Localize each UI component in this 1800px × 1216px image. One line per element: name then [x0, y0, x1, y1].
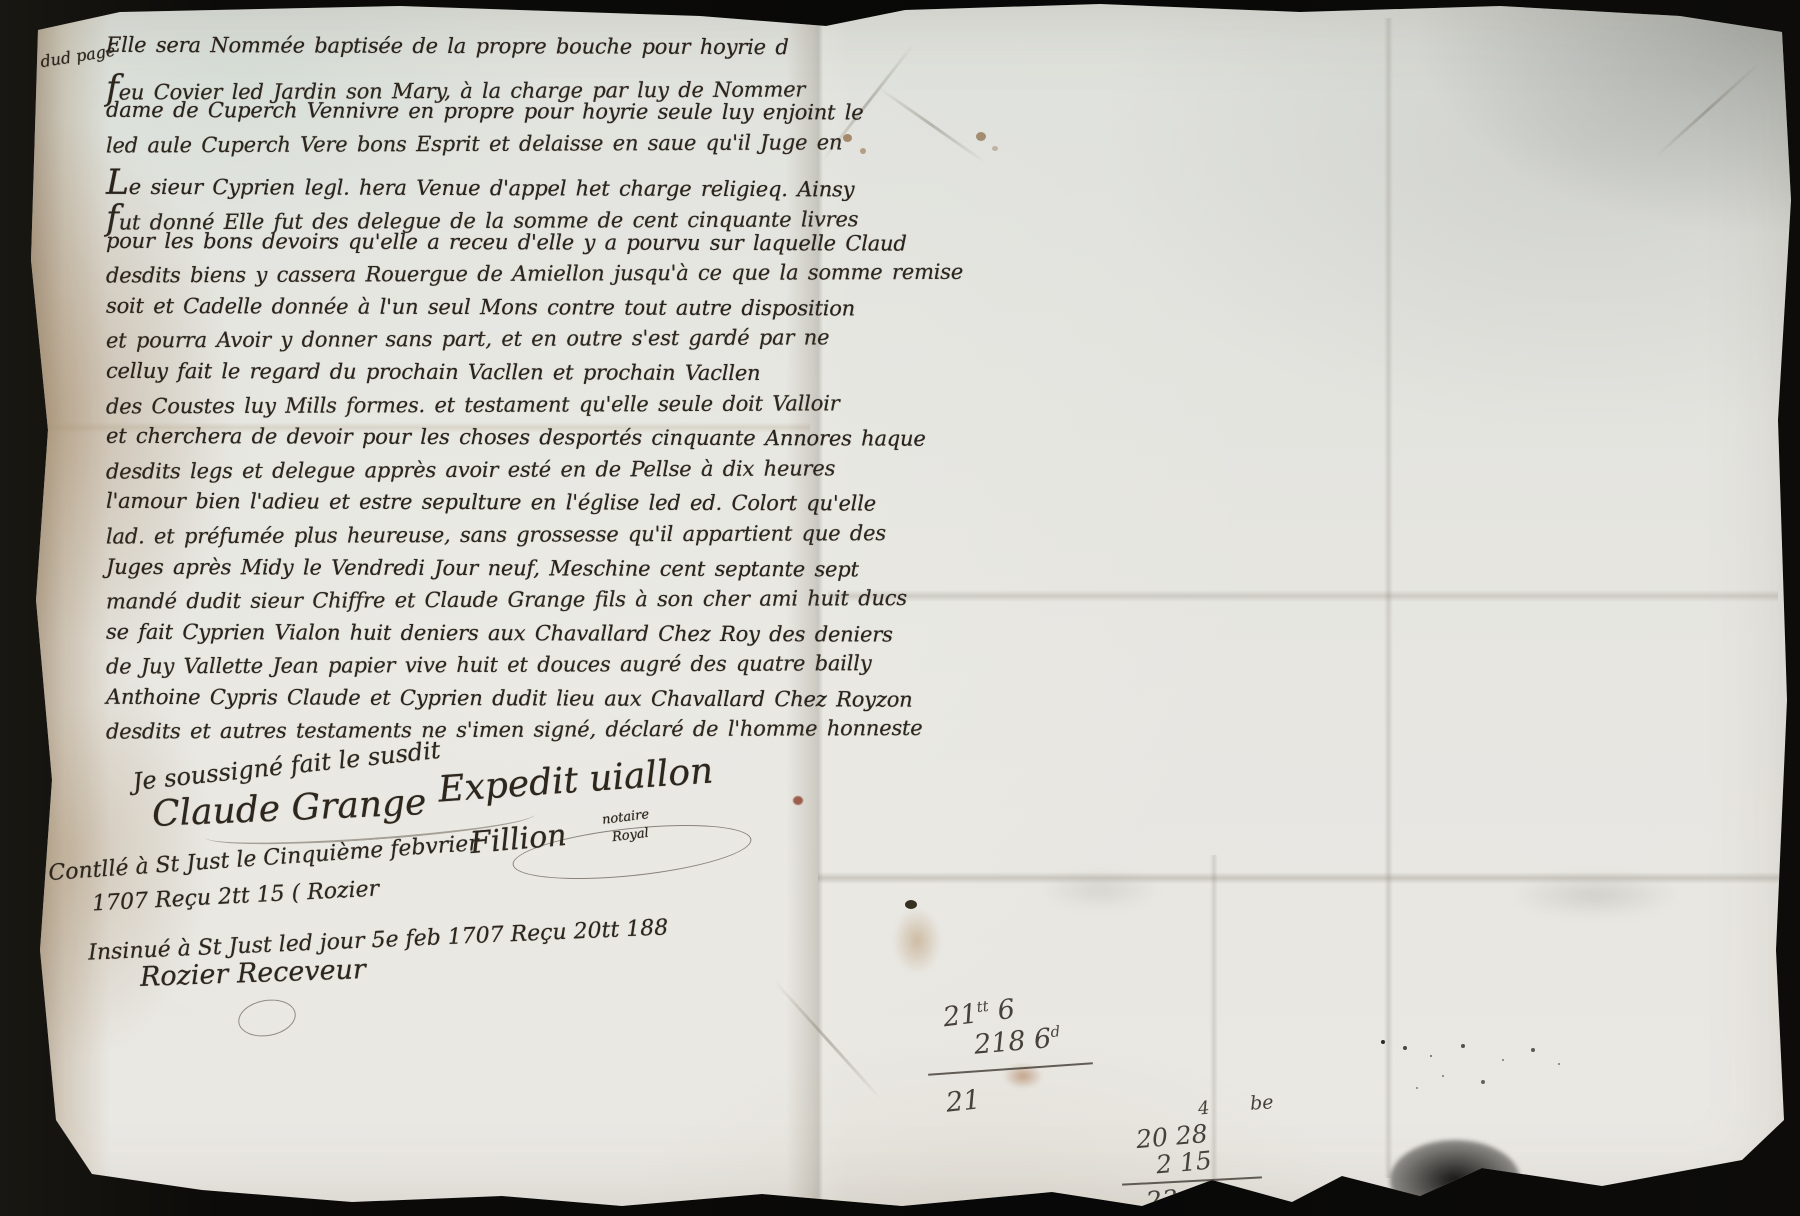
handwriting-line: Elle sera Nommée baptisée de la propre b…: [106, 33, 796, 68]
rust-spot: [843, 134, 852, 142]
handwriting-line: desdits et autres testaments ne s'imen s…: [106, 717, 796, 753]
signature-expedit-viallon: Expedit uiallon: [437, 750, 715, 810]
tally-value: 21: [941, 998, 979, 1033]
rust-spot: [860, 148, 866, 154]
manuscript-sheet: re dud pagé Elle sera Nommée baptisée de…: [0, 0, 1800, 1216]
notary-title: notaire: [601, 807, 650, 828]
horizontal-crease: [818, 872, 1780, 884]
water-stain-left-edge: [26, 14, 110, 1194]
handwriting-line: de Juy Vallette Jean papier vive huit et…: [106, 652, 796, 688]
red-ink-spot: [793, 796, 803, 805]
handwriting-line: celluy fait le regard du prochain Vaclle…: [106, 359, 796, 394]
wormhole: [905, 900, 917, 909]
signature-rozier-receveur: Rozier Receveur: [140, 954, 367, 993]
handwriting-line: l'amour bien l'adieu et estre sepulture …: [106, 489, 796, 524]
handwriting-line: et pourra Avoir y donner sans part, et e…: [106, 326, 796, 362]
handwritten-body: Elle sera Nommée baptisée de la propre b…: [106, 34, 796, 751]
handwriting-line: feu Covier led Jardin son Mary, à la cha…: [106, 65, 796, 101]
handwriting-line: Le sieur Cyprien legl. hera Venue d'appe…: [106, 163, 796, 198]
handwriting-line: desdits biens y cassera Rouergue de Amie…: [106, 261, 796, 297]
insinuation-note: Insinué à St Just led jour 5e feb 1707 R…: [88, 915, 669, 965]
soot-smudge: [1390, 1140, 1520, 1216]
control-note-line2: 1707 Reçu 2tt 15 ( Rozier: [92, 877, 380, 917]
tally-note: be: [1249, 1091, 1274, 1115]
tally-row: 21: [944, 1084, 981, 1118]
handwriting-line: desdits legs et delegue apprès avoir est…: [106, 456, 796, 492]
handwriting-line: dame de Cuperch Vennivre en propre pour …: [106, 98, 796, 133]
handwriting-line: fut donné Elle fut des delegue de la som…: [106, 195, 796, 231]
tally-total: 23 18: [1145, 1182, 1218, 1216]
ink-speckles: [1381, 1040, 1385, 1044]
signature-flourish: [235, 995, 298, 1041]
handwriting-line: et cherchera de devoir pour les choses d…: [106, 424, 796, 459]
rust-spot: [976, 132, 986, 141]
handwriting-line: Anthoine Cypris Claude et Cyprien dudit …: [106, 685, 796, 720]
diagonal-crease: [773, 980, 882, 1101]
handwriting-line: Juges après Midy le Vendredi Jour neuf, …: [106, 554, 796, 589]
handwriting-line: soit et Cadelle donnée à l'un seul Mons …: [106, 294, 796, 329]
tally-unit: tt: [975, 997, 989, 1016]
stain-halo: [893, 908, 941, 974]
handwriting-line: pour les bons devoirs qu'elle a receu d'…: [106, 228, 796, 263]
gray-smudge: [1510, 872, 1680, 918]
handwriting-line: lad. et préfumée plus heureuse, sans gro…: [106, 521, 796, 557]
handwriting-line: se fait Cyprien Vialon huit deniers aux …: [106, 619, 796, 654]
tally-unit: d: [1050, 1022, 1061, 1041]
handwriting-line: mandé dudit sieur Chiffre et Claude Gran…: [106, 587, 796, 623]
tally-carry: 4: [1197, 1097, 1211, 1119]
photo-of-manuscript: re dud pagé Elle sera Nommée baptisée de…: [0, 0, 1800, 1216]
vertical-crease: [1384, 18, 1393, 1178]
tally-value: 218 6: [973, 1023, 1053, 1061]
diagonal-crease: [877, 87, 985, 164]
tally-underline: [928, 1062, 1093, 1076]
handwriting-line: des Coustes luy Mills formes. et testame…: [106, 391, 796, 427]
tally-value: 6: [996, 994, 1017, 1027]
diagonal-crease: [1654, 62, 1760, 158]
tally-row: 218 6d: [973, 1022, 1062, 1060]
horizontal-crease: [828, 590, 1778, 602]
handwriting-line: led aule Cuperch Vere bons Esprit et del…: [106, 130, 796, 166]
margin-note: re dud pagé: [17, 40, 119, 74]
tally-row: 2 15: [1155, 1146, 1213, 1180]
gray-smudge: [1040, 870, 1160, 910]
